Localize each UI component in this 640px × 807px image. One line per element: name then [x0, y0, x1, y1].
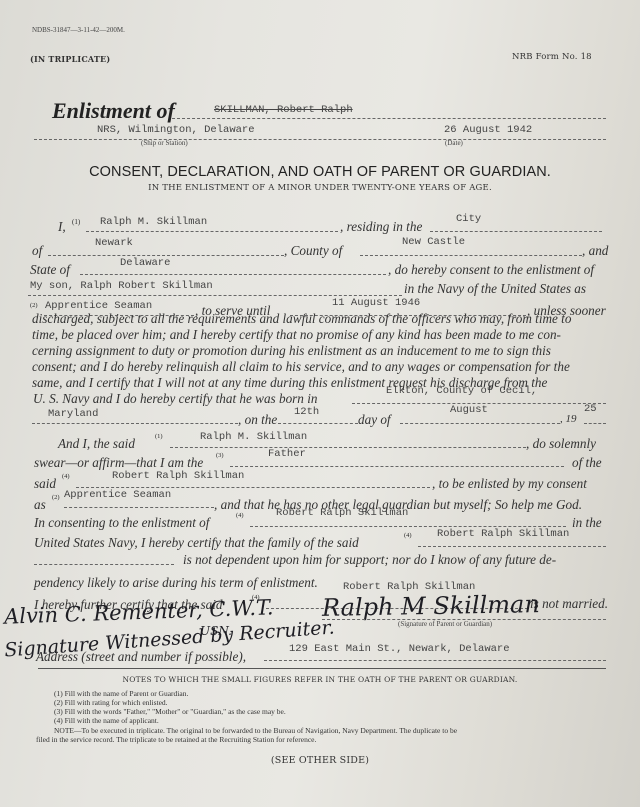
consent-text: State of: [30, 262, 70, 278]
form-subheading: IN THE ENLISTMENT OF A MINOR UNDER TWENT…: [0, 183, 640, 193]
footnote-marker: (4): [236, 512, 244, 519]
station-field[interactable]: NRS, Wilmington, Delaware: [97, 124, 255, 136]
form-number: NRB Form No. 18: [512, 52, 592, 62]
county-field[interactable]: New Castle: [402, 236, 465, 248]
family-applicant-name-field[interactable]: Robert Ralph Skillman: [437, 528, 569, 540]
parent-name-field[interactable]: Ralph M. Skillman: [100, 216, 207, 228]
date-caption: (Date): [445, 139, 463, 147]
note-item: (3) Fill with the words "Father," "Mothe…: [54, 707, 286, 716]
note-text: filed in the service record. The triplic…: [36, 735, 316, 744]
print-code: NDBS-31847—3-11-42—200M.: [32, 26, 125, 34]
consent-text: , 19: [560, 413, 577, 425]
dependency-text: is not dependent upon him for support; n…: [183, 552, 556, 568]
address-label: Address (street and number if possible),: [36, 649, 246, 665]
station-caption: (Ship or Station): [141, 139, 188, 147]
parent-signature: Ralph M Skillman: [322, 590, 540, 622]
consent-text: in the Navy of the United States as: [404, 281, 586, 297]
consent-paragraph: same, and I certify that I will not at a…: [32, 375, 547, 391]
dependency-text: In consenting to the enlistment of: [34, 515, 209, 531]
consent-text: , residing in the: [340, 219, 422, 235]
relationship-field[interactable]: Father: [268, 448, 306, 460]
footnote-marker: (4): [62, 473, 70, 480]
footnote-marker: (2): [52, 494, 60, 501]
footnote-marker: (1): [155, 433, 163, 440]
applicant-description-field[interactable]: My son, Ralph Robert Skillman: [30, 280, 213, 292]
consent-paragraph: consent; and I do hereby relinquish all …: [32, 359, 570, 375]
consent-text: of: [32, 243, 42, 259]
consent-paragraph: cerning assignment to duty or promotion …: [32, 343, 551, 359]
notes-title: NOTES TO WHICH THE SMALL FIGURES REFER I…: [0, 675, 640, 684]
consent-text: , County of: [284, 243, 342, 259]
footnote-marker: (3): [216, 452, 224, 459]
oath-text: swear—or affirm—that I am the: [34, 455, 203, 471]
residence-type-field[interactable]: City: [456, 213, 481, 225]
oath-applicant-name-field[interactable]: Robert Ralph Skillman: [112, 470, 244, 482]
oath-parent-name-field[interactable]: Ralph M. Skillman: [200, 431, 307, 443]
dependency-text: United States Navy, I hereby certify tha…: [34, 535, 359, 551]
serve-until-field[interactable]: 11 August 1946: [332, 297, 420, 309]
oath-text: , to be enlisted by my consent: [432, 476, 587, 492]
consent-paragraph: discharged, subject to all the requireme…: [32, 311, 571, 327]
footnote-marker: (1): [72, 218, 80, 226]
birthplace-field-2[interactable]: Maryland: [48, 408, 98, 420]
consent-text: day of: [358, 412, 391, 428]
oath-text: , do solemnly: [526, 436, 596, 452]
applicant-name-field[interactable]: SKILLMAN, Robert Ralph: [214, 104, 353, 116]
birth-month-field[interactable]: August: [450, 404, 488, 416]
dependency-text: pendency likely to arise during his term…: [34, 575, 318, 591]
consent-text: U. S. Navy and I do hereby certify that …: [33, 391, 317, 407]
divider: [38, 668, 606, 669]
footnote-marker: (2): [30, 302, 38, 309]
parent-signature-caption: (Signature of Parent or Guardian): [398, 620, 492, 628]
oath-rating-field[interactable]: Apprentice Seaman: [64, 489, 171, 501]
address-field[interactable]: 129 East Main St., Newark, Delaware: [289, 643, 510, 655]
consent-text: I,: [58, 219, 66, 235]
form-heading: CONSENT, DECLARATION, AND OATH OF PARENT…: [0, 164, 640, 180]
dependency-applicant-name-field[interactable]: Robert Ralph Skillman: [276, 507, 408, 519]
dependency-text: in the: [572, 515, 602, 531]
dependency-text: is not married.: [530, 596, 608, 612]
enlistment-title: Enlistment of: [52, 98, 175, 124]
oath-text: of the: [572, 455, 602, 471]
consent-text: , on the: [238, 412, 277, 428]
city-field[interactable]: Newark: [95, 237, 133, 249]
oath-text: as: [34, 497, 46, 513]
note-text: NOTE—To be executed in triplicate. The o…: [54, 726, 457, 735]
note-item: (1) Fill with the name of Parent or Guar…: [54, 689, 188, 698]
oath-text: said: [34, 476, 56, 492]
state-field[interactable]: Delaware: [120, 257, 170, 269]
note-item: (2) Fill with rating for which enlisted.: [54, 698, 168, 707]
see-other-side: (SEE OTHER SIDE): [0, 755, 640, 766]
date-field[interactable]: 26 August 1942: [444, 124, 532, 136]
birth-day-field[interactable]: 12th: [294, 406, 319, 418]
birth-year-field[interactable]: 25: [584, 403, 597, 415]
oath-text: And I, the said: [58, 436, 135, 452]
footnote-marker: (4): [404, 532, 412, 539]
consent-text: , do hereby consent to the enlistment of: [388, 262, 594, 278]
consent-text: , and: [582, 243, 608, 259]
note-item: (4) Fill with the name of applicant.: [54, 716, 159, 725]
consent-paragraph: time, be placed over him; and I hereby c…: [32, 327, 561, 343]
copies-note: (IN TRIPLICATE): [30, 54, 110, 64]
